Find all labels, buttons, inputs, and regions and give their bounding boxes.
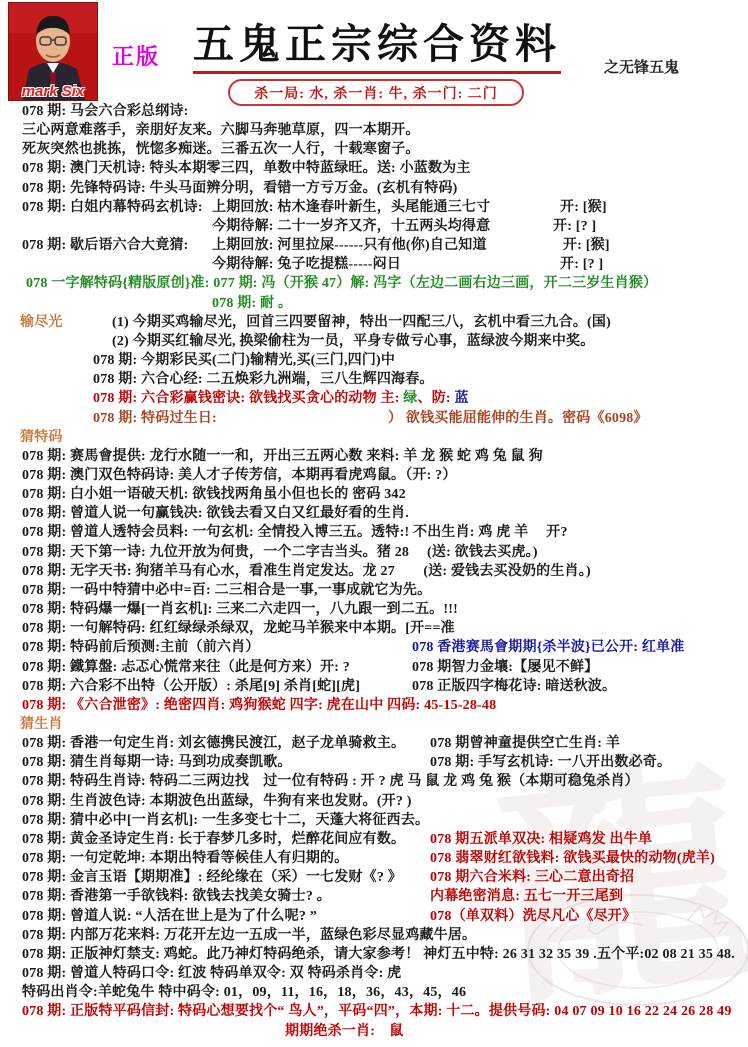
- text-segment: 蓝: [454, 391, 468, 406]
- text-segment: 上期回放: 河里拉屎------只有他(你)自己知道: [212, 236, 487, 255]
- section-label-caitema: 猜特码: [0, 428, 748, 447]
- edition-label: 正版: [112, 40, 160, 71]
- line-caizhongbizhong: 078 期: 猜中必中[一肖玄机]: 一生多变七十二，天蓬大将征西去。: [0, 811, 748, 830]
- text-segment: ） 欲钱买能屈能伸的生肖。密码《6098》: [388, 409, 648, 428]
- text-segment: 078 期: 六合心经: 二五焕彩九洲端，三八生辉四海春。: [93, 372, 434, 387]
- text-segment: 三心两意难落手，亲朋好友来。六脚马奔驰草原，四一本期开。: [22, 123, 420, 138]
- page: mark Six 正版 五鬼正宗综合资料 之无锋五鬼 杀一局: 水, 杀一肖: …: [0, 0, 748, 1047]
- line-qianhou-yuce: 078 期: 特码前后预测:主前（前六肖）078 香港赛馬會期期{杀半波}已公开…: [0, 638, 748, 657]
- line-tiesuanpan: 078 期: 鐵算盤: 忐忑心慌常来往（此是何方来）开: ?078 期智力金壤:…: [0, 658, 748, 677]
- text-segment: 078 翡翠财红欲钱料: 欲钱买最快的动物(虎羊): [430, 849, 715, 868]
- line-yijudingqiankun: 078 期: 一句定乾坤: 本期出特看等候佳人有归期的。078 翡翠财红欲钱料:…: [0, 849, 748, 868]
- text-segment: 078 期: 一码中特猜中必中=百: 二三相合是一事,一事成就它为先。: [22, 583, 431, 598]
- line-xiehouyu-1: 078 期: 歇后语六合大竟猜:上期回放: 河里拉屎------只有他(你)自己…: [0, 236, 748, 255]
- text-segment: 上期回放: 枯木逢春叶新生，头尾能通三七寸: [212, 198, 490, 217]
- line-temabaoyibao: 078 期: 特码爆一爆[一肖玄机]: 三来二六走四一，八九跟一到二五。!!!: [0, 600, 748, 619]
- text-segment: 内幕绝密消息: 五七一开三尾到: [430, 887, 623, 906]
- text-segment: 猜生肖: [20, 715, 63, 734]
- text-segment: 078 期: 无字天书: 狗猪羊马有心水，看准生肖定发达。龙 27 (送: 爱钱…: [22, 564, 591, 579]
- text-segment: 078 期曾神童提供空亡生肖: 羊: [430, 734, 620, 753]
- line-diyishou: 078 期: 香港第一手欲钱料: 欲钱去找美女骑士? 。内幕绝密消息: 五七一开…: [0, 887, 748, 906]
- page-title: 五鬼正宗综合资料: [193, 22, 561, 74]
- line-yizijie: 078 一字解特码{精版原创}准: 077 期: 冯（开猴 47）解: 冯字（左…: [0, 274, 748, 293]
- text-segment: 078 期: 白姐内幕特码玄机诗:: [22, 200, 203, 215]
- line-yijuding: 078 期: 香港一句定生肖: 刘玄德携民渡江，赵子龙单骑救主。078 期曾神童…: [0, 734, 748, 753]
- text-segment: 078 香港赛馬會期期{杀半波}已公开: 红单准: [412, 638, 685, 657]
- text-segment: 078 期: 香港一句定生肖: 刘玄德携民渡江，赵子龙单骑救主。: [22, 736, 405, 751]
- text-segment: 078 期: 六合彩赢钱密诀: 欲钱找买贪心的动物 主:: [93, 391, 403, 406]
- line-chuxiaoling: 特码出肖令:羊蛇兔牛 特中码令: 01，09，11，16，18，36，43，45…: [0, 983, 748, 1002]
- text-segment: 开: [猴]: [560, 198, 607, 217]
- text-segment: 078 期: 正版神灯禁支: 鸡蛇。此乃神灯特码绝杀，请大家参考！ 神灯五中特:…: [22, 947, 735, 962]
- text-segment: 078 期六合米料: 三心二意出奇招: [430, 868, 634, 887]
- line-tepingma: 078 期: 正版特平码信封: 特码心想要找个“ 鸟人”，平码“四”，本期: 十…: [0, 1002, 748, 1021]
- text-segment: 078 期: 猜中必中[一肖玄机]: 一生多变七十二，天蓬大将征西去。: [22, 813, 429, 828]
- section-label-caishengxiao: 猜生肖: [0, 715, 748, 734]
- line-shujinguang-1: 输尽光(1) 今期买鸡输尽光，回首三四要留神，特出一四配三八，玄机中看三九合。(…: [0, 313, 748, 332]
- text-segment: (2) 今期买红输尽光, 换梁偷柱为一员，平身专做亏心事，蓝绿波今期来中奖。: [112, 334, 594, 349]
- line-boseshi: 078 期: 生肖波色诗: 本期波色出蓝绿，牛狗有来也发财。(开? ): [0, 792, 748, 811]
- line-baixiaojie: 078 期: 白小姐一语破天机: 欲钱找两角虽小但也长的 密码 342: [0, 485, 748, 504]
- text-segment: 078 期: 曾道人说: “人活在世上是为了什么呢? ”: [22, 909, 317, 924]
- text-segment: 078 期: 手写玄机诗: 一八开出数必奇。: [430, 753, 671, 772]
- line-aomen-tianji: 078 期: 澳门天机诗: 特头本期零三四，单数中特蓝绿旺。送: 小蓝数为主: [0, 159, 748, 178]
- text-segment: 078 期: 一句定乾坤: 本期出特看等候佳人有归期的。: [22, 851, 348, 866]
- line-temashengxiaoshi: 078 期: 特码生肖诗: 特码二三两边找 过一位有特码 : 开 ? 虎 马 鼠…: [0, 772, 748, 791]
- line-yizijie-2: 078 期: 耐 。: [0, 294, 748, 313]
- line-baijie-2: 今期待解: 二十一岁齐又齐，十五两头均得意开: [? ]: [0, 217, 748, 236]
- text-segment: 078 期: 歇后语六合大竟猜:: [22, 238, 189, 253]
- text-segment: 绿: [403, 391, 417, 406]
- text-segment: 078（单双料）洗尽凡心《尽开》: [430, 907, 636, 926]
- text-segment: 今期待解: 兔子吃提糕-----闷日: [212, 255, 401, 274]
- line-wuzitianshu: 078 期: 无字天书: 狗猪羊马有心水，看准生肖定发达。龙 27 (送: 爱钱…: [0, 562, 748, 581]
- text-segment: 078 期: 一句解特码: 红红绿绿杀绿双，龙蛇马羊猴来中本期。[开==准: [22, 621, 455, 636]
- text-segment: (1) 今期买鸡输尽光，回首三四要留神，特出一四配三八，玄机中看三九合。(国): [112, 313, 611, 332]
- text-segment: 078 期: 特码爆一爆[一肖玄机]: 三来二六走四一，八九跟一到二五。!!!: [22, 602, 458, 617]
- line-xianfeng: 078 期: 先锋特码诗: 牛头马面辨分明，看错一方亏万金。(玄机有特码): [0, 179, 748, 198]
- text-segment: 输尽光: [20, 313, 63, 332]
- text-segment: 开: [猴]: [563, 236, 610, 255]
- text-segment: 078 期: 今期彩民买(二门)输精光,买(三门,四门)中: [93, 353, 395, 368]
- text-segment: 078 期: 马会六合彩总纲诗:: [22, 104, 189, 119]
- text-segment: 078 期: 内部万花来料: 万花开左边一五成一半，蓝绿色彩尽显鸡藏牛居。: [22, 928, 476, 943]
- line-buchute: 078 期: 六合彩不出特（公开版）: 杀尾[9] 杀肖[蛇][虎]078 正版…: [0, 677, 748, 696]
- line-shuangse: 078 期: 澳门双色特码诗: 美人才子传芳信，本期再看虎鸡鼠。（开: ?）: [0, 466, 748, 485]
- line-saimahui: 078 期: 赛馬會提供: 龙行水随一一和，开出三五两心数 来料: 羊 龙 猴 …: [0, 447, 748, 466]
- text-segment: 078 期: 鐵算盤: 忐忑心慌常来往（此是何方来）开: ?: [22, 660, 350, 675]
- photo-caption: mark Six: [9, 83, 97, 100]
- text-segment: 078 期: 曾道人透特会员料: 一句玄机: 全情投入博三五。透特:! 不出生肖…: [22, 525, 568, 540]
- line-jueshayixiao: 期期绝杀一肖: 鼠: [0, 1022, 748, 1041]
- line-jinyanyuyu: 078 期: 金言玉语【期期准】: 经纶缘在（采）一七发财《? 》078 期六合…: [0, 868, 748, 887]
- line-shujinguang-2: (2) 今期买红输尽光, 换梁偷柱为一员，平身专做亏心事，蓝绿波今期来中奖。: [0, 332, 748, 351]
- line-zonggang-1: 三心两意难落手，亲朋好友来。六脚马奔驰草原，四一本期开。: [0, 121, 748, 140]
- line-wanhua: 078 期: 内部万花来料: 万花开左边一五成一半，蓝绿色彩尽显鸡藏牛居。: [0, 926, 748, 945]
- line-zonggang-2: 死灰突然也挑拣，恍惚多痴迷。三番五次一人行，十载寒窗子。: [0, 140, 748, 159]
- publisher-photo: mark Six: [8, 2, 98, 101]
- text-segment: 078 期: 黄金圣诗定生肖: 长于春梦几多时，烂醉花间应有数。: [22, 832, 405, 847]
- text-segment: 078 正版四字梅花诗: 暗送秋波。: [412, 677, 616, 696]
- text-segment: 078 期: 曾道人特码口令: 红波 特码单双令: 双 特码杀肖令: 虎: [22, 966, 401, 981]
- text-segment: 078 期: 赛馬會提供: 龙行水随一一和，开出三五两心数 来料: 羊 龙 猴 …: [22, 449, 543, 464]
- line-guoshengri: 078 期: 特码过生日:） 欲钱买能屈能伸的生肖。密码《6098》: [0, 409, 748, 428]
- text-segment: 078 期: 六合彩不出特（公开版）: 杀尾[9] 杀肖[蛇][虎]: [22, 679, 360, 694]
- line-liuhexinjing: 078 期: 六合心经: 二五焕彩九洲端，三八生辉四海春。: [0, 370, 748, 389]
- text-segment: 、防:: [418, 391, 455, 406]
- text-segment: 死灰突然也挑拣，恍惚多痴迷。三番五次一人行，十载寒窗子。: [22, 142, 420, 157]
- text-segment: 078 期: 澳门天机诗: 特头本期零三四，单数中特蓝绿旺。送: 小蓝数为主: [22, 161, 471, 176]
- text-segment: 078 期: 澳门双色特码诗: 美人才子传芳信，本期再看虎鸡鼠。（开: ?）: [22, 468, 457, 483]
- text-segment: 078 期: 《六合泄密》: 绝密四肖: 鸡狗猴蛇 四字: 虎在山中 四码: 4…: [22, 698, 496, 713]
- text-segment: 开: [? ]: [553, 217, 596, 236]
- line-zengdaoren-ying: 078 期: 曾道人说一句赢钱决: 欲钱去看又白又红最好看的生肖.: [0, 504, 748, 523]
- content-lines: 078 期: 马会六合彩总纲诗:三心两意难落手，亲朋好友来。六脚马奔驰草原，四一…: [0, 102, 748, 1041]
- line-caimin: 078 期: 今期彩民买(二门)输精光,买(三门,四门)中: [0, 351, 748, 370]
- text-segment: 078 期: 正版特平码信封: 特码心想要找个“ 鸟人”，平码“四”，本期: 十…: [22, 1004, 732, 1019]
- text-segment: 078 期: 耐 。: [212, 294, 292, 313]
- text-segment: 078 期: 生肖波色诗: 本期波色出蓝绿，牛狗有来也发财。(开? ): [22, 794, 412, 809]
- line-tianxiadiyi: 078 期: 天下第一诗: 九位开放为何贵，一个二字吉当头。猪 28 (送: 欲…: [0, 543, 748, 562]
- text-segment: 078 期: 特码过生日:: [93, 409, 217, 428]
- line-zengdaorenshuo: 078 期: 曾道人说: “人活在世上是为了什么呢? ”078（单双料）洗尽凡心…: [0, 907, 748, 926]
- line-yimazhongte: 078 期: 一码中特猜中必中=百: 二三相合是一事,一事成就它为先。: [0, 581, 748, 600]
- text-segment: 开: [? ]: [560, 255, 603, 274]
- text-segment: 特码出肖令:羊蛇兔牛 特中码令: 01，09，11，16，18，36，43，45…: [22, 985, 466, 1000]
- line-huangjinsheng: 078 期: 黄金圣诗定生肖: 长于春梦几多时，烂醉花间应有数。078 期五派单…: [0, 830, 748, 849]
- line-zengdaoren-toute: 078 期: 曾道人透特会员料: 一句玄机: 全情投入博三五。透特:! 不出生肖…: [0, 523, 748, 542]
- line-meiqiyishi: 078 期: 猜生肖每期一诗: 马到功成奏凯歌。078 期: 手写玄机诗: 一八…: [0, 753, 748, 772]
- line-kouling: 078 期: 曾道人特码口令: 红波 特码单双令: 双 特码杀肖令: 虎: [0, 964, 748, 983]
- text-segment: 078 期: 天下第一诗: 九位开放为何贵，一个二字吉当头。猪 28 (送: 欲…: [22, 545, 538, 560]
- line-liuhexiemi: 078 期: 《六合泄密》: 绝密四肖: 鸡狗猴蛇 四字: 虎在山中 四码: 4…: [0, 696, 748, 715]
- subtitle-right: 之无锋五鬼: [604, 56, 679, 77]
- line-yingqianmijue: 078 期: 六合彩赢钱密诀: 欲钱找买贪心的动物 主: 绿、防: 蓝: [0, 389, 748, 408]
- line-yijujietema: 078 期: 一句解特码: 红红绿绿杀绿双，龙蛇马羊猴来中本期。[开==准: [0, 619, 748, 638]
- text-segment: 078 期: 曾道人说一句赢钱决: 欲钱去看又白又红最好看的生肖.: [22, 506, 409, 521]
- text-segment: 078 期: 特码前后预测:主前（前六肖）: [22, 640, 260, 655]
- text-segment: 078 期: 先锋特码诗: 牛头马面辨分明，看错一方亏万金。(玄机有特码): [22, 181, 458, 196]
- text-segment: 078 一字解特码{精版原创}准: 077 期: 冯（开猴 47）解: 冯字（左…: [26, 276, 657, 291]
- line-zonggang-title: 078 期: 马会六合彩总纲诗:: [0, 102, 748, 121]
- text-segment: 078 期: 白小姐一语破天机: 欲钱找两角虽小但也长的 密码 342: [22, 487, 406, 502]
- text-segment: 猜特码: [20, 428, 63, 447]
- text-segment: 今期待解: 二十一岁齐又齐，十五两头均得意: [212, 217, 490, 236]
- text-segment: 078 期: 香港第一手欲钱料: 欲钱去找美女骑士? 。: [22, 889, 331, 904]
- text-segment: 078 期五派单双决: 相疑鸡发 出牛单: [430, 830, 652, 849]
- text-segment: 078 期智力金壤:【屡见不鲜】: [412, 658, 598, 677]
- text-segment: 078 期: 特码生肖诗: 特码二三两边找 过一位有特码 : 开 ? 虎 马 鼠…: [22, 774, 639, 789]
- line-xiehouyu-2: 今期待解: 兔子吃提糕-----闷日开: [? ]: [0, 255, 748, 274]
- line-shendeng: 078 期: 正版神灯禁支: 鸡蛇。此乃神灯特码绝杀，请大家参考！ 神灯五中特:…: [0, 945, 748, 964]
- line-baijie-1: 078 期: 白姐内幕特码玄机诗:上期回放: 枯木逢春叶新生，头尾能通三七寸开:…: [0, 198, 748, 217]
- text-segment: 078 期: 猜生肖每期一诗: 马到功成奏凯歌。: [22, 755, 292, 770]
- text-segment: 期期绝杀一肖: 鼠: [285, 1022, 403, 1041]
- text-segment: 078 期: 金言玉语【期期准】: 经纶缘在（采）一七发财《? 》: [22, 870, 402, 885]
